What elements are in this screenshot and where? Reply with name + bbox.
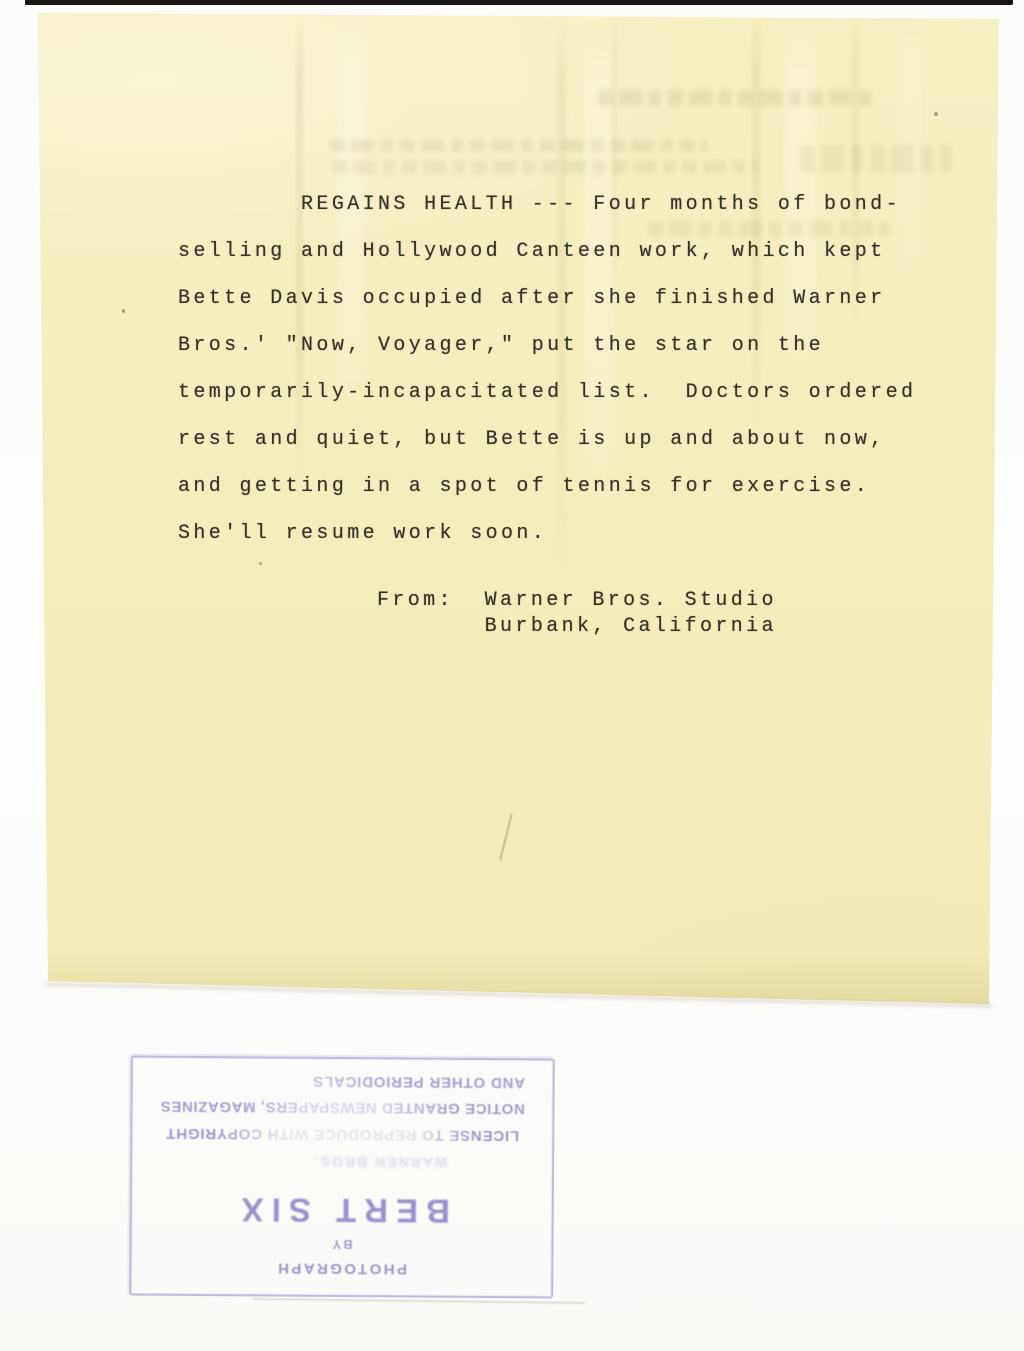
- ink-speck: [122, 309, 125, 313]
- stamp-line-by: BY: [129, 1236, 553, 1254]
- typewritten-body: REGAINS HEALTH --- Four months of bond- …: [178, 181, 916, 557]
- stamp-line-bert-six: BERT SIX: [130, 1190, 554, 1231]
- stamp-line-periodicals: AND OTHER PERIODICALS: [207, 1072, 631, 1092]
- ghost-bleedthrough-text: [598, 90, 878, 106]
- ghost-bleedthrough-text: [332, 160, 757, 174]
- paper-scratch: [499, 813, 513, 860]
- scan-top-edge-strip: [25, 0, 1013, 5]
- stamp-line-notice: NOTICE GRANTED NEWSPAPERS, MAGAZINES: [130, 1098, 554, 1118]
- ink-speck: [934, 112, 938, 116]
- ghost-bleedthrough-text: [330, 139, 708, 152]
- stamp-line-license: LICENSE TO REPRODUCE WITH COPYRIGHT: [130, 1125, 554, 1145]
- from-address-block: From: Warner Bros. Studio Burbank, Calif…: [377, 588, 777, 640]
- ink-speck: [259, 562, 262, 565]
- stamp-line-warner-bros: WARNER BROS.: [168, 1153, 592, 1172]
- ghost-bleedthrough-text: [800, 145, 952, 173]
- stamp-line-photograph: PHOTOGRAPH: [129, 1259, 553, 1279]
- copyright-stamp: PHOTOGRAPH BY BERT SIX WARNER BROS. LICE…: [129, 1056, 555, 1299]
